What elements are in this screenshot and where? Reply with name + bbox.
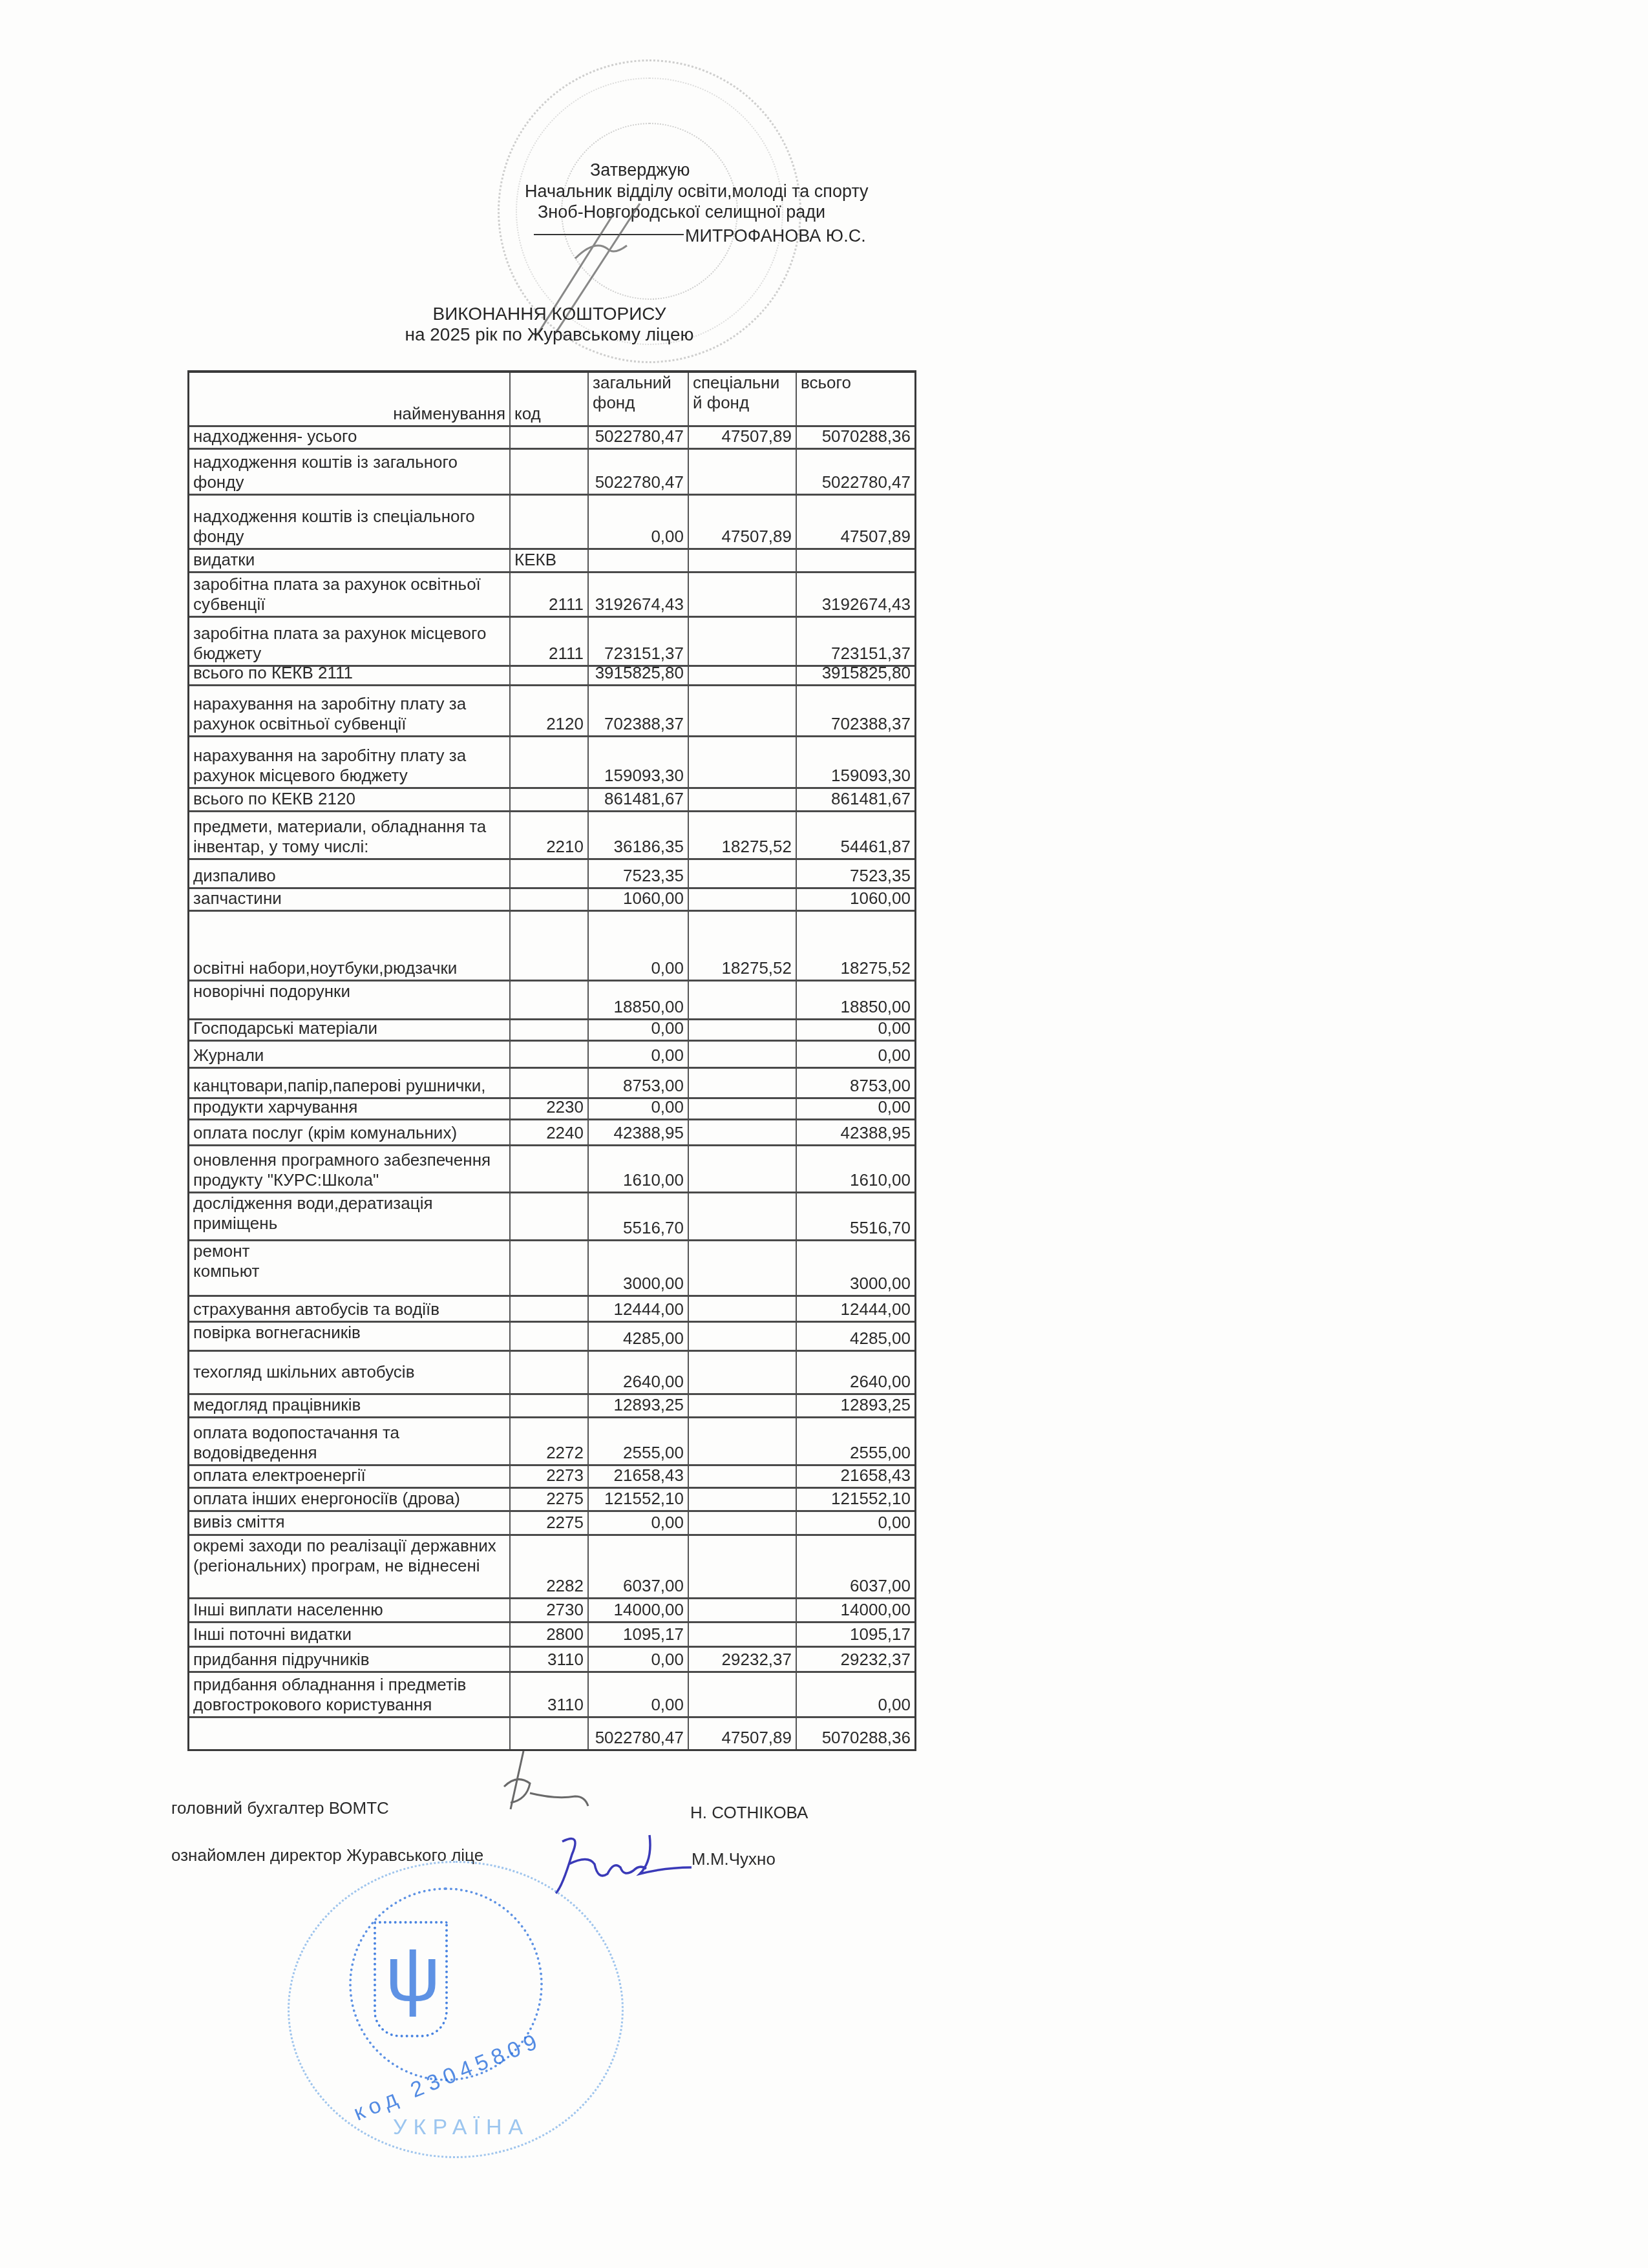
row-code: [511, 1241, 589, 1295]
row-total: 861481,67: [797, 789, 914, 810]
table-row: дизпаливо7523,357523,35: [189, 860, 914, 889]
row-code: 2282: [511, 1536, 589, 1597]
row-name-line: приміщень: [193, 1213, 505, 1234]
row-name: надходження- усього: [189, 427, 511, 448]
row-name-line: ремонт: [193, 1241, 505, 1261]
header-code: код: [511, 373, 589, 425]
row-code: [511, 1042, 589, 1067]
row-total: 7523,35: [797, 860, 914, 887]
accountant-signature: [465, 1748, 614, 1819]
table-header-row: найменування код загальний фонд спеціаль…: [189, 373, 914, 427]
row-general-fund: 7523,35: [589, 860, 689, 887]
row-code: [511, 982, 589, 1018]
table-row: освітні набори,ноутбуки,рюдзачки0,001827…: [189, 912, 914, 982]
row-general-fund: 702388,37: [589, 686, 689, 735]
row-special-fund: [689, 1069, 797, 1097]
row-code: [511, 1146, 589, 1192]
row-general-fund: 1060,00: [589, 889, 689, 910]
row-special-fund: [689, 618, 797, 665]
row-name: канцтовари,папір,паперові рушнички,: [189, 1069, 511, 1097]
row-code: [511, 667, 589, 684]
row-general-fund: 5022780,47: [589, 450, 689, 494]
row-general-fund: 4285,00: [589, 1323, 689, 1350]
row-name-line: нарахування на заробітну плату за: [193, 746, 505, 766]
row-name-line: видатки: [193, 550, 505, 570]
school-stamp-country: УКРАЇНА: [393, 2115, 529, 2140]
row-general-fund: 0,00: [589, 1512, 689, 1534]
row-total: [797, 550, 914, 571]
row-name-line: Інші виплати населенню: [193, 1600, 505, 1620]
row-special-fund: [689, 1193, 797, 1239]
row-name-line: (регіональних) програм, не віднесені: [193, 1556, 505, 1576]
row-general-fund: 21658,43: [589, 1466, 689, 1487]
table-row: нарахування на заробітну плату зарахунок…: [189, 737, 914, 789]
table-row: придбання підручників31100,0029232,37292…: [189, 1648, 914, 1673]
row-code: [511, 1193, 589, 1239]
row-name-line: надходження коштів із спеціального: [193, 507, 505, 527]
header-special-fund: спеціальни й фонд: [689, 373, 797, 425]
row-name-line: рахунок освітньої субвенції: [193, 714, 505, 734]
table-row: оплата електроенергії227321658,4321658,4…: [189, 1466, 914, 1489]
row-code: 3110: [511, 1673, 589, 1716]
row-special-fund: 18275,52: [689, 812, 797, 858]
table-body: надходження- усього5022780,4747507,89507…: [189, 427, 914, 1749]
row-total: 42388,95: [797, 1120, 914, 1144]
row-code: [511, 912, 589, 980]
row-code: [511, 450, 589, 494]
row-name-line: продукти харчування: [193, 1099, 505, 1117]
row-total: 54461,87: [797, 812, 914, 858]
table-row: нарахування на заробітну плату зарахунок…: [189, 686, 914, 737]
row-total: 12893,25: [797, 1395, 914, 1416]
table-row: Інші поточні видатки28001095,171095,17: [189, 1623, 914, 1648]
row-code: 2111: [511, 573, 589, 616]
row-name: оновлення програмного забезпеченняпродук…: [189, 1146, 511, 1192]
row-name-line: оплата послуг (крім комунальних): [193, 1123, 505, 1143]
row-name: медогляд працівників: [189, 1395, 511, 1416]
row-general-fund: 1095,17: [589, 1623, 689, 1646]
row-code: 2275: [511, 1512, 589, 1534]
row-total: 1610,00: [797, 1146, 914, 1192]
row-total: 18275,52: [797, 912, 914, 980]
row-total: 8753,00: [797, 1069, 914, 1097]
row-name-line: канцтовари,папір,паперові рушнички,: [193, 1076, 505, 1096]
row-general-fund: [589, 550, 689, 571]
row-name-line: придбання підручників: [193, 1650, 505, 1670]
row-name: страхування автобусів та водіїв: [189, 1297, 511, 1321]
row-special-fund: [689, 1395, 797, 1416]
row-total: 47507,89: [797, 496, 914, 548]
row-total: 0,00: [797, 1020, 914, 1040]
approve-label: Затверджую: [590, 160, 690, 180]
row-name-line: предмети, материали, обладнання та: [193, 817, 505, 837]
table-row: повірка вогнегасників4285,004285,00: [189, 1323, 914, 1352]
row-name: всього по КЕКВ 2111: [189, 667, 511, 684]
row-name-line: бюджету: [193, 644, 505, 664]
budget-execution-table: найменування код загальний фонд спеціаль…: [187, 370, 916, 1751]
row-special-fund: 18275,52: [689, 912, 797, 980]
row-name-line: інвентар, у тому числі:: [193, 837, 505, 857]
row-name: дослідження води,дератизаціяприміщень: [189, 1193, 511, 1239]
row-general-fund: 18850,00: [589, 982, 689, 1018]
row-name: оплата послуг (крім комунальних): [189, 1120, 511, 1144]
row-total: 29232,37: [797, 1648, 914, 1671]
header-general-fund-line2: фонд: [593, 393, 635, 413]
row-name: всього по КЕКВ 2120: [189, 789, 511, 810]
row-name-line: вивіз сміття: [193, 1512, 505, 1532]
row-name-line: окремі заходи по реалізації державних: [193, 1536, 505, 1556]
header-total-text: всього: [801, 373, 851, 393]
row-name: Господарські матеріали: [189, 1020, 511, 1040]
row-special-fund: [689, 450, 797, 494]
approver-name: МИТРОФАНОВА Ю.С.: [685, 226, 866, 246]
row-special-fund: [689, 1512, 797, 1534]
row-special-fund: [689, 573, 797, 616]
row-general-fund: 14000,00: [589, 1599, 689, 1621]
row-special-fund: [689, 1418, 797, 1464]
document-title: ВИКОНАННЯ КОШТОРИСУ: [0, 304, 1099, 324]
table-row: Господарські матеріали0,000,00: [189, 1020, 914, 1042]
header-name-text: найменування: [393, 404, 505, 424]
row-special-fund: [689, 1466, 797, 1487]
row-name-line: техогляд шкільних автобусів: [193, 1362, 505, 1382]
table-row: надходження коштів із загальногофонду502…: [189, 450, 914, 496]
row-code: [511, 1323, 589, 1350]
row-code: [511, 789, 589, 810]
row-name-line: водовідведення: [193, 1443, 505, 1463]
row-total: 0,00: [797, 1099, 914, 1118]
table-row: надходження коштів із спеціальногофонду0…: [189, 496, 914, 550]
row-code: [511, 427, 589, 448]
table-row: заробітна плата за рахунок освітньоїсубв…: [189, 573, 914, 618]
table-row: придбання обладнання і предметівдовгостр…: [189, 1673, 914, 1718]
table-row: оплата інших енергоносіїв (дрова)2275121…: [189, 1489, 914, 1512]
table-row: оновлення програмного забезпеченняпродук…: [189, 1146, 914, 1193]
table-row: ремонткомпьют3000,003000,00: [189, 1241, 914, 1297]
header-name: найменування: [189, 373, 511, 425]
row-general-fund: 3192674,43: [589, 573, 689, 616]
row-name-line: надходження- усього: [193, 427, 505, 446]
table-row: 5022780,4747507,895070288,36: [189, 1718, 914, 1749]
row-name-line: освітні набори,ноутбуки,рюдзачки: [193, 958, 505, 978]
header-general-fund: загальний фонд: [589, 373, 689, 425]
row-special-fund: [689, 860, 797, 887]
table-row: надходження- усього5022780,4747507,89507…: [189, 427, 914, 450]
row-code: [511, 1020, 589, 1040]
row-code: [511, 1352, 589, 1393]
row-special-fund: 47507,89: [689, 496, 797, 548]
row-name: [189, 1718, 511, 1749]
row-general-fund: 1610,00: [589, 1146, 689, 1192]
row-total: 702388,37: [797, 686, 914, 735]
accountant-title: головний бухгалтер ВОМТС: [171, 1798, 389, 1818]
row-name: заробітна плата за рахунок освітньоїсубв…: [189, 573, 511, 616]
row-special-fund: [689, 667, 797, 684]
row-total: 5070288,36: [797, 1718, 914, 1749]
row-code: [511, 1395, 589, 1416]
row-name-line: продукту "КУРС:Школа": [193, 1170, 505, 1190]
document-subtitle: на 2025 рік по Журавському ліцею: [0, 324, 1099, 345]
row-special-fund: [689, 1673, 797, 1716]
row-total: 14000,00: [797, 1599, 914, 1621]
row-special-fund: [689, 982, 797, 1018]
row-special-fund: 47507,89: [689, 427, 797, 448]
row-name: дизпаливо: [189, 860, 511, 887]
row-name: продукти харчування: [189, 1099, 511, 1118]
row-special-fund: 47507,89: [689, 1718, 797, 1749]
row-code: [511, 1718, 589, 1749]
row-name: запчастини: [189, 889, 511, 910]
table-row: техогляд шкільних автобусів2640,002640,0…: [189, 1352, 914, 1395]
row-name-line: запчастини: [193, 889, 505, 908]
director-name: М.М.Чухно: [692, 1849, 776, 1869]
table-row: вивіз сміття22750,000,00: [189, 1512, 914, 1536]
table-row: медогляд працівників12893,2512893,25: [189, 1395, 914, 1418]
row-general-fund: 3000,00: [589, 1241, 689, 1295]
row-name-line: компьют: [193, 1261, 505, 1281]
row-name-line: нарахування на заробітну плату за: [193, 694, 505, 714]
row-name-line: дизпаливо: [193, 866, 505, 886]
row-name: Інші виплати населенню: [189, 1599, 511, 1621]
row-code: [511, 1069, 589, 1097]
row-name: видатки: [189, 550, 511, 571]
table-row: дослідження води,дератизаціяприміщень551…: [189, 1193, 914, 1241]
row-general-fund: 42388,95: [589, 1120, 689, 1144]
table-row: всього по КЕКВ 2120861481,67861481,67: [189, 789, 914, 812]
row-general-fund: 3915825,80: [589, 667, 689, 684]
row-name-line: оплата електроенергії: [193, 1466, 505, 1486]
table-row: Журнали0,000,00: [189, 1042, 914, 1069]
row-name: Журнали: [189, 1042, 511, 1067]
row-code: 2275: [511, 1489, 589, 1510]
row-total: 3000,00: [797, 1241, 914, 1295]
row-name: техогляд шкільних автобусів: [189, 1352, 511, 1393]
trident-icon: ψ: [385, 1935, 441, 2013]
row-total: 18850,00: [797, 982, 914, 1018]
table-row: предмети, материали, обладнання таінвент…: [189, 812, 914, 860]
header-general-fund-line1: загальний: [593, 373, 671, 393]
row-code: 2273: [511, 1466, 589, 1487]
row-special-fund: [689, 1241, 797, 1295]
row-total: 2640,00: [797, 1352, 914, 1393]
row-general-fund: 12444,00: [589, 1297, 689, 1321]
row-special-fund: [689, 1623, 797, 1646]
row-code: [511, 496, 589, 548]
row-code: [511, 860, 589, 887]
row-special-fund: [689, 1352, 797, 1393]
row-name: оплата електроенергії: [189, 1466, 511, 1487]
row-name: оплата інших енергоносіїв (дрова): [189, 1489, 511, 1510]
row-name: окремі заходи по реалізації державних(ре…: [189, 1536, 511, 1597]
row-total: 3915825,80: [797, 667, 914, 684]
row-name-line: оплата водопостачання та: [193, 1423, 505, 1443]
row-general-fund: 8753,00: [589, 1069, 689, 1097]
row-name: нарахування на заробітну плату зарахунок…: [189, 686, 511, 735]
school-stamp: ψ код 23045809 УКРАЇНА: [288, 1861, 624, 2158]
table-row: окремі заходи по реалізації державних(ре…: [189, 1536, 914, 1599]
row-special-fund: [689, 1099, 797, 1118]
table-row: продукти харчування22300,000,00: [189, 1099, 914, 1120]
table-row: заробітна плата за рахунок місцевогобюдж…: [189, 618, 914, 667]
row-special-fund: [689, 1042, 797, 1067]
row-name-line: фонду: [193, 527, 505, 547]
table-row: Інші виплати населенню273014000,0014000,…: [189, 1599, 914, 1623]
row-general-fund: 2555,00: [589, 1418, 689, 1464]
row-special-fund: [689, 737, 797, 787]
row-name: предмети, материали, обладнання таінвент…: [189, 812, 511, 858]
row-special-fund: [689, 1020, 797, 1040]
row-total: 1095,17: [797, 1623, 914, 1646]
row-name: надходження коштів із спеціальногофонду: [189, 496, 511, 548]
row-special-fund: [689, 1489, 797, 1510]
row-special-fund: [689, 1297, 797, 1321]
row-general-fund: 0,00: [589, 1648, 689, 1671]
row-total: 121552,10: [797, 1489, 914, 1510]
table-row: видаткиКЕКВ: [189, 550, 914, 573]
row-general-fund: 159093,30: [589, 737, 689, 787]
row-name: придбання обладнання і предметівдовгостр…: [189, 1673, 511, 1716]
row-name-line: рахунок місцевого бюджету: [193, 766, 505, 786]
row-code: 2210: [511, 812, 589, 858]
row-code: 2111: [511, 618, 589, 665]
row-total: 159093,30: [797, 737, 914, 787]
row-name: придбання підручників: [189, 1648, 511, 1671]
table-row: оплата послуг (крім комунальних)22404238…: [189, 1120, 914, 1146]
accountant-name: Н. СОТНІКОВА: [690, 1803, 808, 1823]
row-total: 6037,00: [797, 1536, 914, 1597]
table-row: новорічні подорунки18850,0018850,00: [189, 982, 914, 1020]
row-total: 2555,00: [797, 1418, 914, 1464]
row-name: Інші поточні видатки: [189, 1623, 511, 1646]
row-general-fund: 0,00: [589, 496, 689, 548]
row-name: заробітна плата за рахунок місцевогобюдж…: [189, 618, 511, 665]
row-name-line: Журнали: [193, 1045, 505, 1066]
row-code: [511, 737, 589, 787]
row-general-fund: 723151,37: [589, 618, 689, 665]
row-name: освітні набори,ноутбуки,рюдзачки: [189, 912, 511, 980]
row-general-fund: 5022780,47: [589, 427, 689, 448]
row-name: ремонткомпьют: [189, 1241, 511, 1295]
row-code: 2120: [511, 686, 589, 735]
row-total: 12444,00: [797, 1297, 914, 1321]
row-special-fund: [689, 1323, 797, 1350]
row-total: 1060,00: [797, 889, 914, 910]
row-name-line: новорічні подорунки: [193, 982, 505, 1002]
table-row: всього по КЕКВ 21113915825,803915825,80: [189, 667, 914, 686]
row-special-fund: [689, 1146, 797, 1192]
row-general-fund: 0,00: [589, 912, 689, 980]
row-name-line: Інші поточні видатки: [193, 1624, 505, 1644]
row-name: вивіз сміття: [189, 1512, 511, 1534]
row-code: 2730: [511, 1599, 589, 1621]
row-name-line: страхування автобусів та водіїв: [193, 1299, 505, 1319]
row-total: 5070288,36: [797, 427, 914, 448]
row-name-line: медогляд працівників: [193, 1395, 505, 1415]
row-name: надходження коштів із загальногофонду: [189, 450, 511, 494]
row-name: нарахування на заробітну плату зарахунок…: [189, 737, 511, 787]
table-row: канцтовари,папір,паперові рушнички,8753,…: [189, 1069, 914, 1099]
row-general-fund: 2640,00: [589, 1352, 689, 1393]
row-special-fund: [689, 550, 797, 571]
table-row: страхування автобусів та водіїв12444,001…: [189, 1297, 914, 1323]
row-name-line: фонду: [193, 472, 505, 492]
row-name: повірка вогнегасників: [189, 1323, 511, 1350]
row-code: 2240: [511, 1120, 589, 1144]
row-total: 3192674,43: [797, 573, 914, 616]
row-total: 5516,70: [797, 1193, 914, 1239]
row-name-line: заробітна плата за рахунок освітньої: [193, 574, 505, 594]
row-name-line: довгострокового користування: [193, 1695, 505, 1715]
table-row: оплата водопостачання таводовідведення22…: [189, 1418, 914, 1466]
row-name-line: оновлення програмного забезпечення: [193, 1150, 505, 1170]
row-name: оплата водопостачання таводовідведення: [189, 1418, 511, 1464]
row-code: [511, 889, 589, 910]
header-special-fund-line1: спеціальни: [693, 373, 779, 393]
row-general-fund: 5022780,47: [589, 1718, 689, 1749]
row-name-line: дослідження води,дератизація: [193, 1193, 505, 1213]
row-special-fund: [689, 1536, 797, 1597]
row-total: 0,00: [797, 1673, 914, 1716]
row-name-line: субвенції: [193, 594, 505, 614]
row-name-line: придбання обладнання і предметів: [193, 1675, 505, 1695]
row-code: 2230: [511, 1099, 589, 1118]
row-name-line: заробітна плата за рахунок місцевого: [193, 624, 505, 644]
row-special-fund: [689, 789, 797, 810]
row-total: 0,00: [797, 1042, 914, 1067]
row-total: 723151,37: [797, 618, 914, 665]
row-code: КЕКВ: [511, 550, 589, 571]
header-special-fund-line2: й фонд: [693, 393, 749, 413]
row-total: 21658,43: [797, 1466, 914, 1487]
row-name-line: оплата інших енергоносіїв (дрова): [193, 1489, 505, 1509]
row-general-fund: 861481,67: [589, 789, 689, 810]
table-row: запчастини1060,001060,00: [189, 889, 914, 912]
row-name-line: повірка вогнегасників: [193, 1323, 505, 1343]
row-name-line: всього по КЕКВ 2120: [193, 789, 505, 809]
row-general-fund: 36186,35: [589, 812, 689, 858]
row-total: 4285,00: [797, 1323, 914, 1350]
row-code: 2800: [511, 1623, 589, 1646]
row-code: [511, 1297, 589, 1321]
row-general-fund: 5516,70: [589, 1193, 689, 1239]
row-general-fund: 6037,00: [589, 1536, 689, 1597]
row-special-fund: [689, 686, 797, 735]
row-name-line: всього по КЕКВ 2111: [193, 667, 505, 683]
row-name-line: Господарські матеріали: [193, 1020, 505, 1038]
row-name: новорічні подорунки: [189, 982, 511, 1018]
row-general-fund: 12893,25: [589, 1395, 689, 1416]
row-special-fund: [689, 1120, 797, 1144]
row-special-fund: [689, 889, 797, 910]
row-general-fund: 121552,10: [589, 1489, 689, 1510]
header-total: всього: [797, 373, 914, 425]
row-total: 0,00: [797, 1512, 914, 1534]
row-general-fund: 0,00: [589, 1099, 689, 1118]
row-general-fund: 0,00: [589, 1042, 689, 1067]
header-code-text: код: [514, 404, 541, 424]
row-total: 5022780,47: [797, 450, 914, 494]
row-special-fund: 29232,37: [689, 1648, 797, 1671]
row-code: 2272: [511, 1418, 589, 1464]
row-code: 3110: [511, 1648, 589, 1671]
row-name-line: надходження коштів із загального: [193, 452, 505, 472]
row-special-fund: [689, 1599, 797, 1621]
row-general-fund: 0,00: [589, 1673, 689, 1716]
row-general-fund: 0,00: [589, 1020, 689, 1040]
